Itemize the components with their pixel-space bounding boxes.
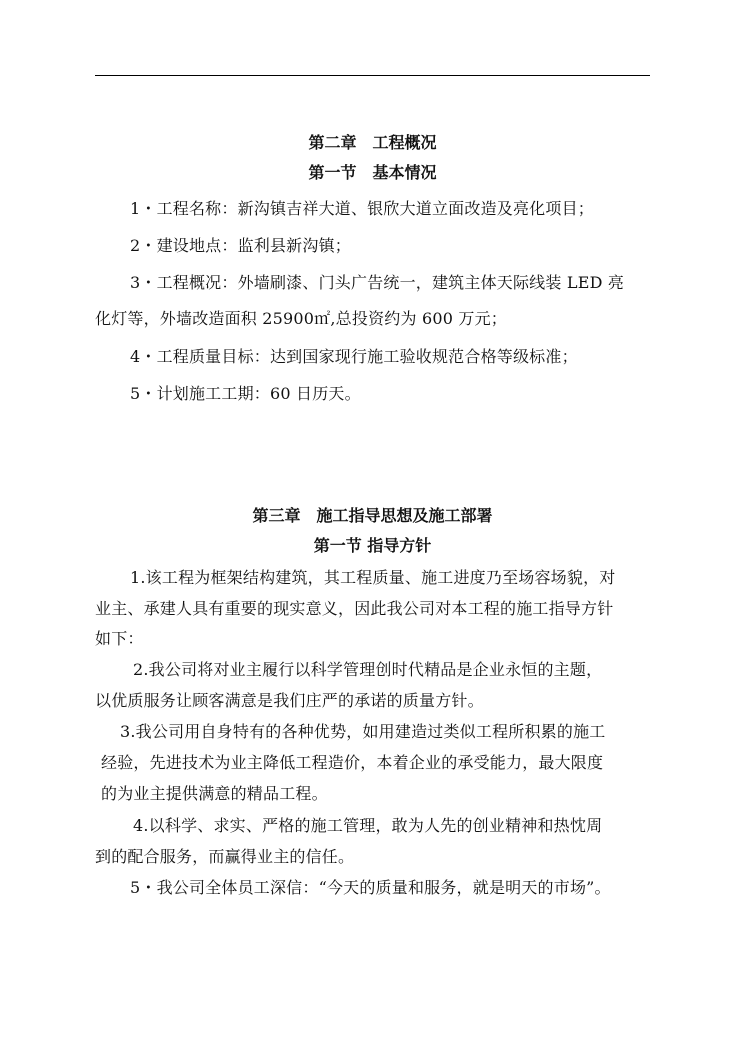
- guideline-5-line-1: 5・我公司全体员工深信：“今天的质量和服务，就是明天的市场”。: [130, 875, 690, 898]
- guideline-3-line-3: 的为业主提供满意的精品工程。: [101, 781, 661, 804]
- chapter-3-section-title: 第一节 指导方针: [95, 533, 650, 556]
- chapter-2-section-title: 第一节 基本情况: [95, 160, 650, 183]
- schedule-item: 5・计划施工工期：60 日历天。: [130, 381, 690, 404]
- guideline-1-line-2: 业主、承建人具有重要的现实意义，因此我公司对本工程的施工指导方针: [95, 596, 655, 619]
- guideline-2-line-2: 以优质服务让顾客满意是我们庄严的承诺的质量方针。: [95, 688, 655, 711]
- quality-target-item: 4・工程质量目标：达到国家现行施工验收规范合格等级标准；: [130, 344, 690, 367]
- project-overview-item-cont: 化灯等，外墙改造面积 25900㎡,总投资约为 600 万元；: [95, 306, 655, 329]
- guideline-4-line-1: 4.以科学、求实、严格的施工管理，敢为人先的创业精神和热忱周: [133, 813, 693, 836]
- guideline-3-line-1: 3.我公司用自身特有的各种优势，如用建造过类似工程所积累的施工: [120, 719, 680, 742]
- chapter-3-title: 第三章 施工指导思想及施工部署: [95, 503, 650, 526]
- guideline-2-line-1: 2.我公司将对业主履行以科学管理创时代精品是企业永恒的主题，: [133, 657, 693, 680]
- guideline-1-line-3: 如下：: [95, 626, 655, 649]
- project-name-item: 1・工程名称：新沟镇吉祥大道、银欣大道立面改造及亮化项目；: [130, 196, 690, 219]
- guideline-4-line-2: 到的配合服务，而赢得业主的信任。: [95, 844, 655, 867]
- guideline-1-line-1: 1.该工程为框架结构建筑，其工程质量、施工进度乃至场容场貌，对: [130, 565, 690, 588]
- guideline-3-line-2: 经验，先进技术为业主降低工程造价，本着企业的承受能力，最大限度: [101, 750, 661, 773]
- project-overview-item: 3・工程概况：外墙刷漆、门头广告统一，建筑主体天际线装 LED 亮: [130, 270, 690, 293]
- project-location-item: 2・建设地点：监利县新沟镇；: [130, 233, 690, 256]
- header-rule: [95, 75, 650, 76]
- chapter-2-title: 第二章 工程概况: [95, 130, 650, 153]
